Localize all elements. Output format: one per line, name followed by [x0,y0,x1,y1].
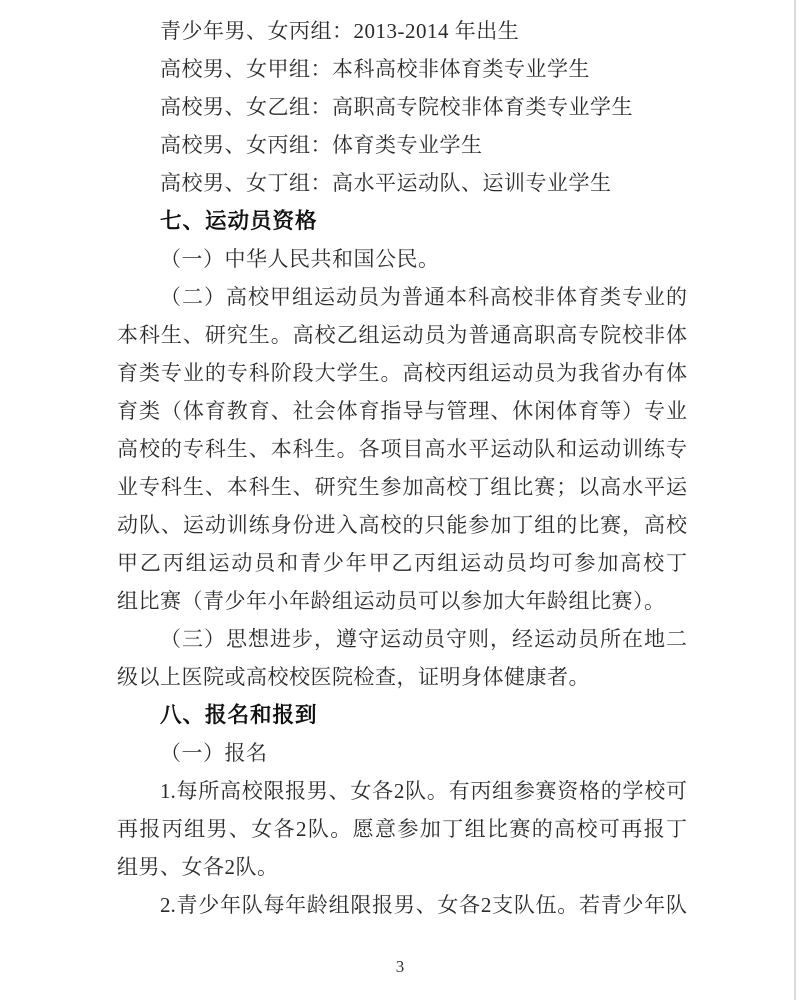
doc-line: （一）报名 [117,734,687,772]
doc-line: 高校的专科生、本科生。各项目高水平运动队和运动训练专 [117,430,687,468]
doc-line: 育类（体育教育、社会体育指导与管理、休闲体育等）专业 [117,392,687,430]
scan-edge-line [794,0,796,1000]
doc-line: 组男、女各2队。 [117,848,687,886]
doc-line: （一）中华人民共和国公民。 [117,240,687,278]
doc-line: 级以上医院或高校校医院检查，证明身体健康者。 [117,658,687,696]
section-heading-8: 八、报名和报到 [117,696,687,734]
doc-line: 1.每所高校限报男、女各2队。有丙组参赛资格的学校可 [117,772,687,810]
doc-line: 育类专业的专科阶段大学生。高校丙组运动员为我省办有体 [117,354,687,392]
page-number: 3 [0,957,800,977]
doc-line: 甲乙丙组运动员和青少年甲乙丙组运动员均可参加高校丁 [117,544,687,582]
doc-line: 动队、运动训练身份进入高校的只能参加丁组的比赛，高校 [117,506,687,544]
document-page: 青少年男、女丙组：2013-2014 年出生 高校男、女甲组：本科高校非体育类专… [117,12,687,924]
doc-line: 2.青少年队每年龄组限报男、女各2支队伍。若青少年队 [117,886,687,924]
doc-line: 组比赛（青少年小年龄组运动员可以参加大年龄组比赛）。 [117,582,687,620]
doc-line: 再报丙组男、女各2队。愿意参加丁组比赛的高校可再报丁 [117,810,687,848]
section-heading-7: 七、运动员资格 [117,202,687,240]
doc-line: 本科生、研究生。高校乙组运动员为普通高职高专院校非体 [117,316,687,354]
doc-line: 高校男、女甲组：本科高校非体育类专业学生 [117,50,687,88]
doc-line: 青少年男、女丙组：2013-2014 年出生 [117,12,687,50]
doc-line: （二）高校甲组运动员为普通本科高校非体育类专业的 [117,278,687,316]
doc-line: 高校男、女乙组：高职高专院校非体育类专业学生 [117,88,687,126]
doc-line: 高校男、女丙组：体育类专业学生 [117,126,687,164]
doc-line: 业专科生、本科生、研究生参加高校丁组比赛；以高水平运 [117,468,687,506]
doc-line: （三）思想进步，遵守运动员守则，经运动员所在地二 [117,620,687,658]
doc-line: 高校男、女丁组：高水平运动队、运训专业学生 [117,164,687,202]
